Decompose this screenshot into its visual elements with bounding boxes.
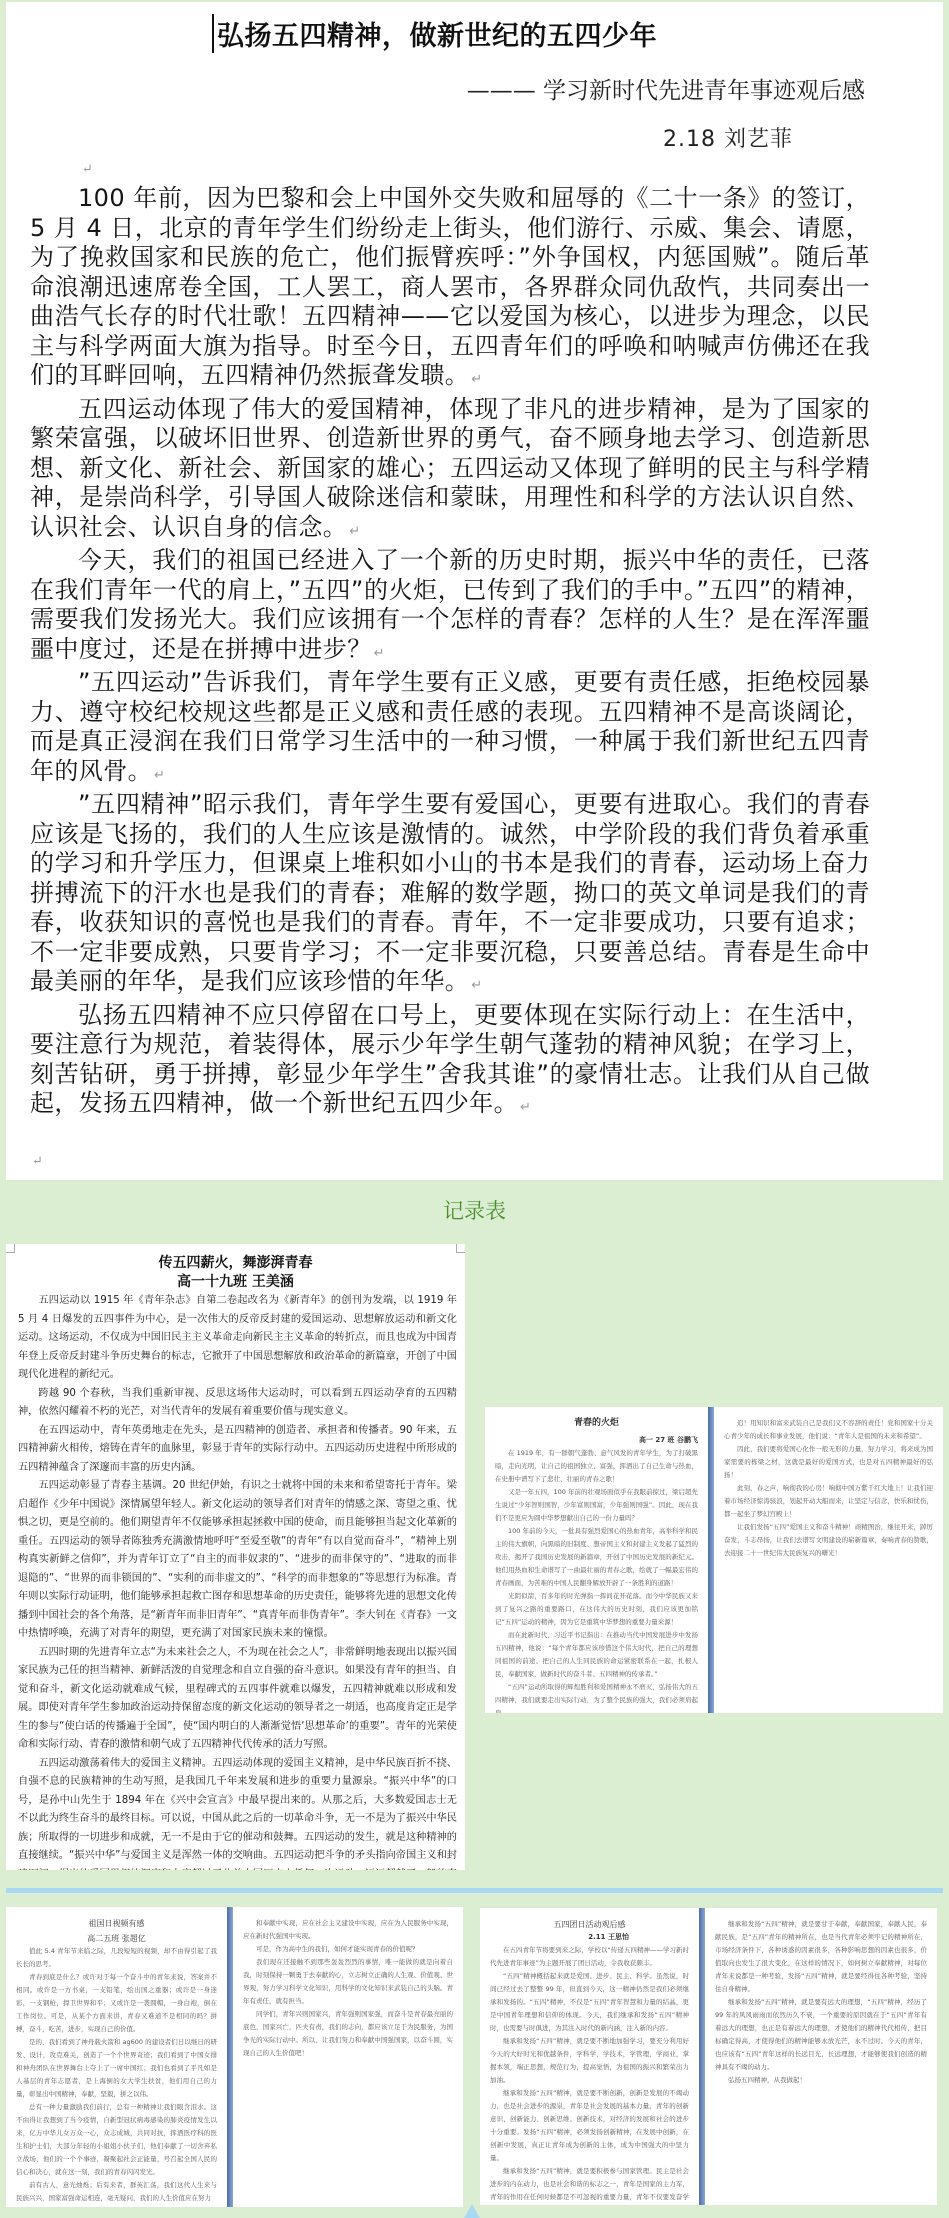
record-paragraph: 五四运动彰显了青春主基调。20 世纪伊始，有识之士就将中国的未来和希望寄托于青年…	[18, 1477, 457, 1644]
essay-subtitle: ——— 学习新时代先进青年事迹观后感	[467, 72, 865, 105]
record-paragraph: 让我们发扬“五四”爱国主义和奋斗精神！顽精图治，继往开来，踔厉奋发，斗志昂扬，让…	[724, 1521, 933, 1560]
record-title: 祖国日视频有感	[16, 1917, 217, 1930]
record-body: 五四运动以 1915 年《青年杂志》自第二卷起改名为《新青年》的创刊为发端，以 …	[6, 1292, 465, 1870]
essay-title: 弘扬五四精神，做新世纪的五四少年	[212, 14, 657, 53]
record-paragraph: 和奉献中实现，应在社会主义建设中实现，应在为人民服务中实现，应在新时代强国中实现…	[243, 1917, 453, 1943]
essay-paragraph: ”五四精神”昭示我们，青年学生要有爱国心，更要有进取心。我们的青春应该是飞扬的，…	[30, 790, 870, 1001]
record-paragraph: 可是，作为高中生的我们，如何才能实现青春的价值呢？	[243, 1943, 453, 1956]
record-thumbnail-1[interactable]: 传五四薪火，舞澎湃青春 高一十九班 王美涵 五四运动以 1915 年《青年杂志》…	[6, 1244, 465, 1870]
essay-author: 2.18 刘艺菲	[663, 122, 793, 153]
record-page-right: 追！用知识和富来武装自己是我们义不容辞的责任！党和国家十分关心青少年的成长和事业…	[714, 1407, 943, 1713]
record-title: 传五四薪火，舞澎湃青春	[6, 1254, 465, 1273]
essay-paragraph: 五四运动体现了伟大的爱国精神，体现了非凡的进步精神，是为了国家的繁荣富强，以破坏…	[30, 395, 870, 547]
record-paragraph: 光阴似箭，百多年的时光弹指一挥间花开花落。而今中华民族又来到了复兴之路的重要路口…	[495, 1590, 698, 1629]
record-paragraph: 值此 5.4 青年节来临之际，几段短短的视频，却不由得引起了我长长的思考。	[16, 1945, 217, 1971]
record-author: 高一 27 班 谷鹏飞	[495, 1434, 698, 1447]
record-paragraph: 五四运动以 1915 年《青年杂志》自第二卷起改名为《新青年》的创刊为发端，以 …	[18, 1292, 457, 1385]
essay-paragraph: ”五四运动”告诉我们，青年学生要有正义感，更要有责任感，拒绝校园暴力、遵守校纪校…	[30, 668, 870, 790]
record-paragraph: 此刻，春之声，响彻我的心房！响彻中国万紫千红大地上！让我们迎着市场经济惊涛骇浪，…	[724, 1482, 933, 1521]
essay-paragraph: 弘扬五四精神不应只停留在口号上，更要体现在实际行动上：在生活中，要注意行为规范，…	[30, 1001, 870, 1123]
record-paragraph: 前有古人，意光烛烁；后有来者，群英汇荡，我们这代人生来与民族兴兴，国家富强命运相…	[16, 2179, 217, 2205]
record-paragraph: 我们现在还接触不到那些轰轰烈烈的事情，唯一能做的就是向着自我，时刻保持一颗勇于去…	[243, 1956, 453, 2008]
record-paragraph: 继承和发扬“五四”精神，就是要不断创新，创新是发展的不竭动力，也是社会进步的源泉…	[490, 2087, 689, 2165]
record-paragraph: 跨越 90 个春秋，当我们重新审视、反思这场伟大运动时，可以看到五四运动孕育的五…	[18, 1385, 457, 1422]
essay-body: 100 年前，因为巴黎和会上中国外交失败和屈辱的《二十一条》的签订，5 月 4 …	[30, 184, 870, 1123]
scroll-up-arrow-icon[interactable]	[464, 2204, 480, 2218]
record-title: 五四团日活动观后感	[490, 1918, 689, 1931]
record-thumbnail-3[interactable]: 祖国日视频有感 高二五班 张超亿 值此 5.4 青年节来临之际，几段短短的视频，…	[6, 1907, 463, 2207]
record-paragraph: 是的，我们看到了神舟载火箭和 ag600 的建设者们日以继日的研发、设计，攻克难…	[16, 2036, 217, 2101]
record-thumbnail-4[interactable]: 五四团日活动观后感 2.11 王思怡 在五四青年节将要到来之际，学校以“传递五四…	[480, 1908, 937, 2205]
record-paragraph: 五四运动激荡着伟大的爱国主义精神。五四运动体现的爱国主义精神，是中华民族百折不挠…	[18, 1755, 457, 1871]
record-page-right: 和奉献中实现，应在社会主义建设中实现，应在为人民服务中实现，应在新时代强国中实现…	[233, 1907, 463, 2207]
essay-paragraph: 100 年前，因为巴黎和会上中国外交失败和屈辱的《二十一条》的签订，5 月 4 …	[30, 184, 870, 395]
paragraph-mark: ↵	[82, 162, 93, 177]
record-paragraph: 在五四运动中，青年英勇地走在先头，是五四精神的创造者、承担者和传播者。90 年来…	[18, 1422, 457, 1478]
record-paragraph: 总有一种力量激励我们前行，总有一种精神让我们眼含泪水。这不由得让我想到了当今疫情…	[16, 2101, 217, 2179]
essay-paragraph: 今天，我们的祖国已经进入了一个新的历史时期，振兴中华的责任，已落在我们青年一代的…	[30, 546, 870, 668]
record-paragraph: 因此，我们要将爱国心化作一般无形的力量，努力学习，将来成为国家需要的栋梁之材，这…	[724, 1443, 933, 1482]
record-paragraph: “五四”精神概括起来就是爱国、进步、民主、科学。虽然说，时间已经过去了整整 99…	[490, 1970, 689, 2035]
record-paragraph: 继承和发扬“五四”精神，就是要甘于奉献，奉献国家，奉献人民，奉献民族，是“五四”…	[715, 1918, 927, 1996]
record-thumbnail-2[interactable]: 青春的火炬 高一 27 班 谷鹏飞 在 1919 年，有一群朝气蓬勃、意气风发的…	[485, 1407, 943, 1713]
record-author: 高一十九班 王美涵	[6, 1273, 465, 1292]
record-paragraph: 继承和发扬“五四”精神，就是要积极参与国家管理。民主是社会进步的内在动力，也是社…	[490, 2165, 689, 2205]
record-paragraph: 继承和发扬“五四”精神，就是要不断地加强学习，要充分利用好今天的大好时光和优越条…	[490, 2035, 689, 2087]
record-paragraph: 继承和发扬“五四”精神，就是要有远大的理想，“五四”精神，经历了 99 年的风风…	[715, 1996, 927, 2074]
record-paragraph: 五四时期的先进青年立志“为未来社会之人，不为现在社会之人”，非常鲜明地表现出以振…	[18, 1644, 457, 1755]
record-paragraph: 青春到底是什么？或许对于每一个奋斗中的青年来说，答案并不相同。或许是一方书桌，一…	[16, 1971, 217, 2036]
record-paragraph: 在五四青年节将要到来之际，学校以“传递五四精神——学习新时代先进青年事迹”为主题…	[490, 1944, 689, 1970]
essay-page: 弘扬五四精神，做新世纪的五四少年 ——— 学习新时代先进青年事迹观后感 2.18…	[6, 2, 943, 1180]
record-paragraph: 而在此新时代，习近平书记指出：在推动当代中国发展进步中发扬五四精神，他说：“每个…	[495, 1629, 698, 1681]
section-divider	[6, 1888, 943, 1893]
record-paragraph: 同学们，青年兴则国家兴，青年强则国家强，而奋斗是青春最亮丽的底色，国家兴亡，匹夫…	[243, 2008, 453, 2060]
record-page-right: 继承和发扬“五四”精神，就是要甘于奉献，奉献国家，奉献人民，奉献民族，是“五四”…	[705, 1908, 937, 2205]
record-paragraph: “五四”运动所取得的辉煌胜利和爱国精神永不磨灭，弘扬伟大的五四精神，我们就要走出…	[495, 1681, 698, 1713]
record-title: 青春的火炬	[495, 1417, 698, 1430]
page-corner-mark	[6, 1244, 15, 1253]
record-page-left: 青春的火炬 高一 27 班 谷鹏飞 在 1919 年，有一群朝气蓬勃、意气风发的…	[485, 1407, 708, 1713]
record-author: 2.11 王思怡	[490, 1931, 689, 1944]
section-label-records: 记录表	[0, 1195, 949, 1225]
record-paragraph: 追！用知识和富来武装自己是我们义不容辞的责任！党和国家十分关心青少年的成长和事业…	[724, 1417, 933, 1443]
paragraph-mark: ↵	[32, 1154, 43, 1169]
record-page-left: 祖国日视频有感 高二五班 张超亿 值此 5.4 青年节来临之际，几段短短的视频，…	[6, 1907, 227, 2207]
record-paragraph: 100 年前的今天，一批具有强烈爱国心的热血青年，高举科学和民主的伟大旗帜，向黑…	[495, 1525, 698, 1590]
record-page-left: 五四团日活动观后感 2.11 王思怡 在五四青年节将要到来之际，学校以“传递五四…	[480, 1908, 699, 2205]
page-corner-mark	[456, 1244, 465, 1253]
record-paragraph: 在 1919 年，有一群朝气蓬勃、意气风发的青年学生，为了打破黑暗，走向光明，让…	[495, 1447, 698, 1486]
record-author: 高二五班 张超亿	[16, 1932, 217, 1945]
record-paragraph: 又是一年五四，100 年前的壮观场面似乎在我眼前掠过，梁启超先生说过“少年智则国…	[495, 1486, 698, 1525]
record-paragraph: 弘扬五四精神，从我做起！	[715, 2074, 927, 2087]
